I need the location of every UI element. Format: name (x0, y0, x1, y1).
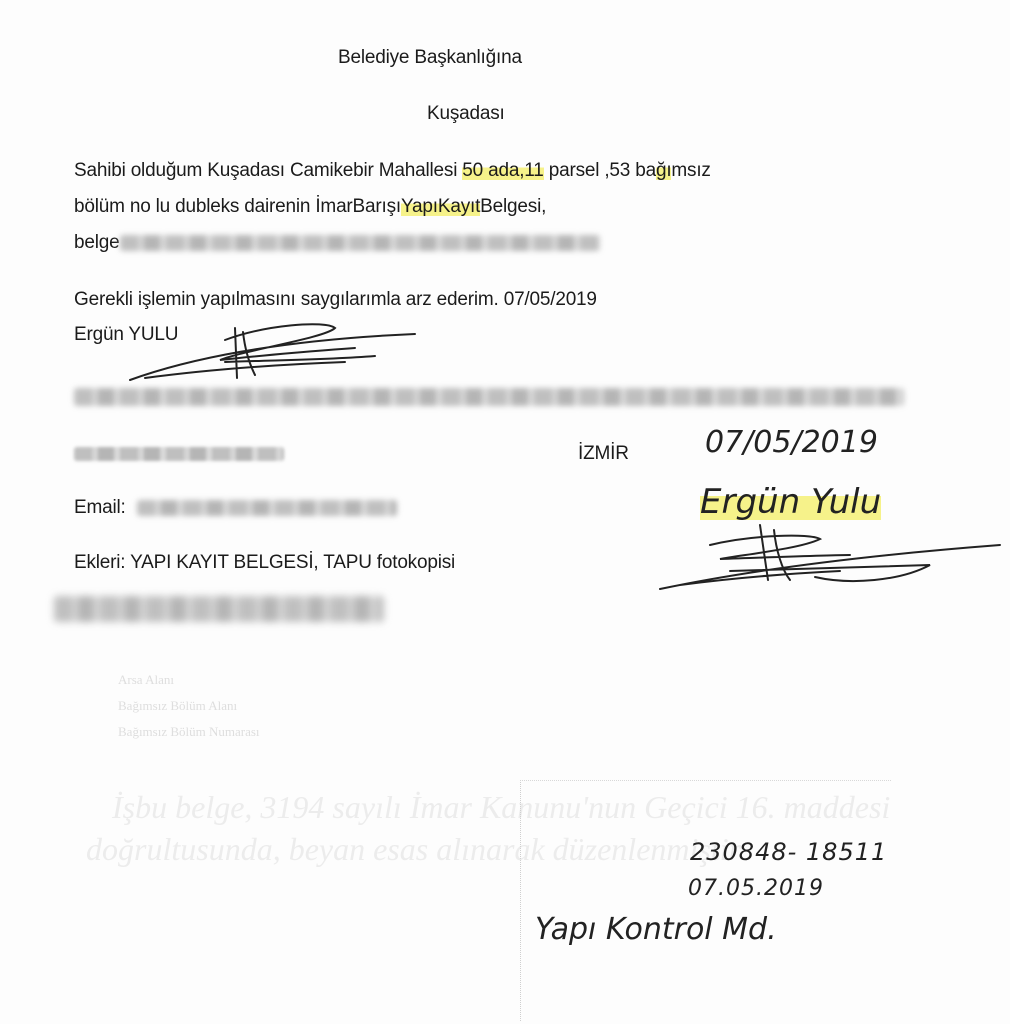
redacted-address (74, 388, 904, 406)
body-text: msız (671, 160, 710, 181)
city-heading: Kuşadası (427, 103, 505, 125)
body-text: belge (74, 232, 120, 253)
body-text: Belgesi, (480, 196, 546, 217)
redacted-footer (54, 596, 384, 622)
recipient-heading: Belediye Başkanlığına (338, 47, 522, 69)
signature-icon (125, 320, 425, 390)
highlighted-text: YapıKayıt (401, 196, 480, 217)
email-label: Email: (74, 497, 126, 518)
show-through-row: Arsa Alanı (118, 672, 174, 688)
show-through-row: Bağımsız Bölüm Numarası (118, 724, 260, 740)
footer-redacted-line (54, 596, 384, 622)
handwritten-name: Ergün Yulu (700, 482, 881, 522)
tel-line (74, 443, 284, 465)
show-through-row: Bağımsız Bölüm Alanı (118, 698, 237, 714)
redacted-email (137, 500, 397, 516)
registry-number: 230848- 18511 (690, 838, 887, 866)
handwritten-date: 07/05/2019 (705, 425, 878, 460)
scanned-petition-page: Arsa Alanı Bağımsız Bölüm Alanı Bağımsız… (0, 0, 1010, 1024)
request-line: Gerekli işlemin yapılmasını saygılarımla… (74, 289, 597, 311)
place-label: İZMİR (578, 443, 629, 465)
registry-date: 07.05.2019 (688, 876, 824, 901)
highlighted-text: ğı (656, 160, 671, 181)
body-text: parsel ,53 ba (544, 160, 656, 181)
signature-icon (650, 525, 1010, 595)
email-line: Email: (74, 497, 397, 519)
highlighted-parcel: 50 ada,11 (462, 160, 543, 181)
body-line-1: Sahibi olduğum Kuşadası Camikebir Mahall… (74, 160, 711, 182)
body-line-3: belge (74, 232, 600, 254)
address-line (74, 386, 904, 408)
registry-department: Yapı Kontrol Md. (535, 912, 777, 947)
body-text: Sahibi olduğum Kuşadası Camikebir Mahall… (74, 160, 462, 181)
body-text: bölüm no lu dubleks dairenin İmarBarışı (74, 196, 401, 217)
body-line-2: bölüm no lu dubleks dairenin İmarBarışıY… (74, 196, 546, 218)
redacted-document-number (120, 235, 600, 251)
attachments-line: Ekleri: YAPI KAYIT BELGESİ, TAPU fotokop… (74, 552, 455, 574)
redacted-phone (74, 447, 284, 461)
